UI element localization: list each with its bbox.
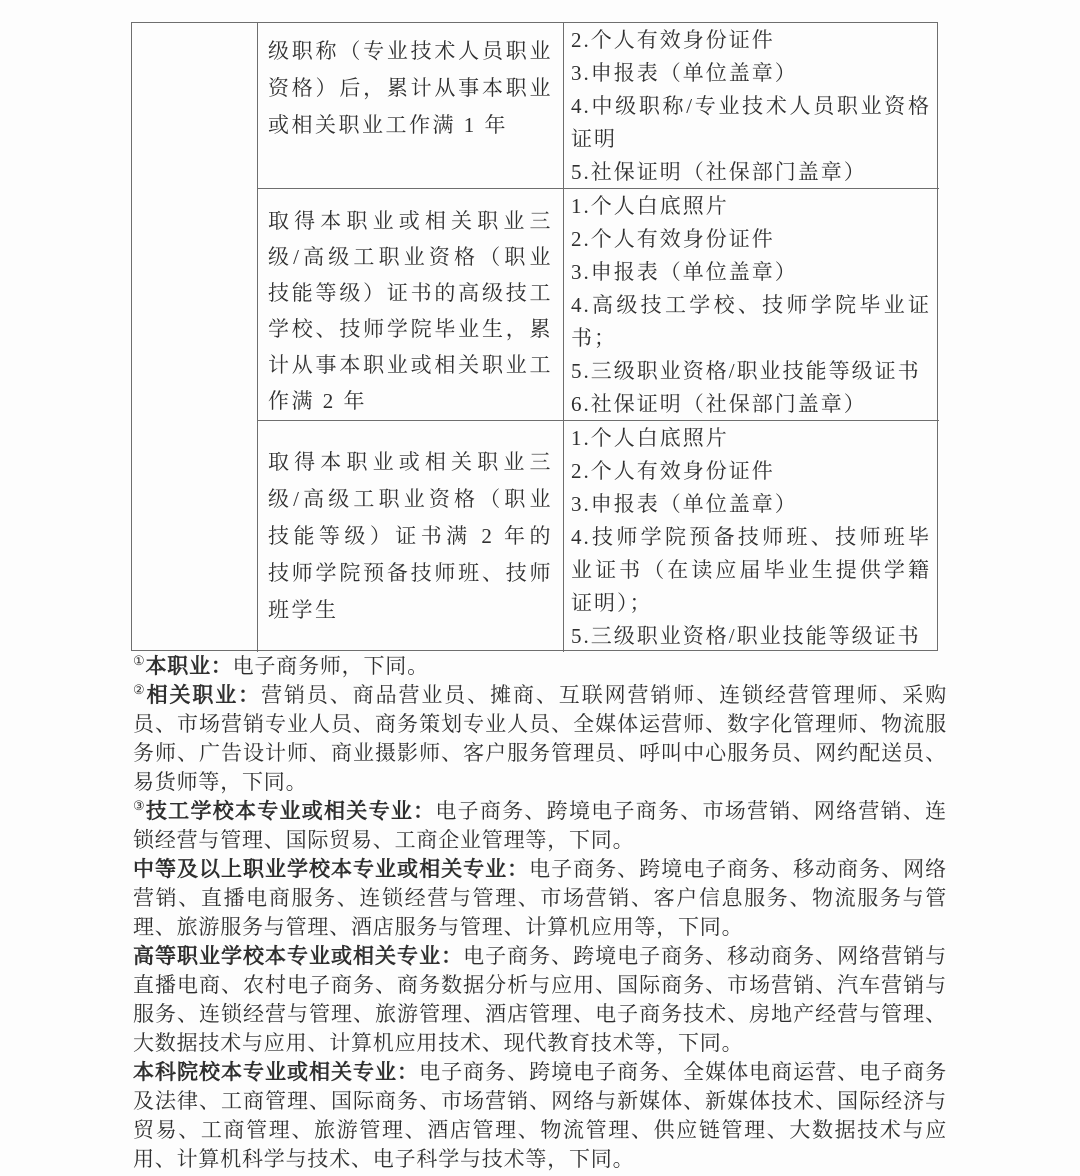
material-list-item: 4.技师学院预备技师班、技师班毕业证书（在读应届毕业生提供学籍证明）； xyxy=(571,521,931,620)
footnote-higher-vocational-majors: 高等职业学校本专业或相关专业：电子商务、跨境电子商务、移动商务、网络营销与直播电… xyxy=(133,942,947,1058)
footnote-label: 相关职业： xyxy=(147,683,262,707)
qualification-requirements-table: 级职称（专业技术人员职业资格）后，累计从事本职业或相关职业工作满 1 年 2.个… xyxy=(131,22,938,651)
footnote-label: 高等职业学校本专业或相关专业： xyxy=(133,944,463,968)
table-cell-requirement-row2: 取得本职业或相关职业三级/高级工职业资格（职业技能等级）证书的高级技工学校、技师… xyxy=(258,189,564,421)
footnote-label: 本职业： xyxy=(145,654,232,678)
footnote-label: 本科院校本专业或相关专业： xyxy=(133,1060,419,1084)
table-cell-level-spanning xyxy=(132,23,258,652)
footnote-secondary-vocational-majors: 中等及以上职业学校本专业或相关专业：电子商务、跨境电子商务、移动商务、网络营销、… xyxy=(133,855,947,942)
footnote-marker-2: ② xyxy=(133,682,147,697)
table-cell-requirement-row1: 级职称（专业技术人员职业资格）后，累计从事本职业或相关职业工作满 1 年 xyxy=(258,23,564,189)
table-cell-materials-row2: 1.个人白底照片2.个人有效身份证件3.申报表（单位盖章）4.高级技工学校、技师… xyxy=(564,189,939,421)
material-list-item: 3.申报表（单位盖章） xyxy=(571,488,931,521)
material-list-item: 4.中级职称/专业技术人员职业资格证明 xyxy=(571,90,931,156)
table-cell-materials-row3: 1.个人白底照片2.个人有效身份证件3.申报表（单位盖章）4.技师学院预备技师班… xyxy=(564,421,939,652)
footnote-label: 技工学校本专业或相关专业： xyxy=(146,799,435,823)
table-cell-requirement-row3: 取得本职业或相关职业三级/高级工职业资格（职业技能等级）证书满 2 年的技师学院… xyxy=(258,421,564,652)
material-list-item: 6.社保证明（社保部门盖章） xyxy=(571,388,931,421)
material-list-item: 5.三级职业资格/职业技能等级证书 xyxy=(571,620,931,652)
material-list-item: 5.三级职业资格/职业技能等级证书 xyxy=(571,355,931,388)
material-list-item: 1.个人白底照片 xyxy=(571,190,931,223)
footnote-text: 电子商务师，下同。 xyxy=(233,654,429,678)
table-cell-materials-row1: 2.个人有效身份证件3.申报表（单位盖章）4.中级职称/专业技术人员职业资格证明… xyxy=(564,23,939,189)
material-list-item: 2.个人有效身份证件 xyxy=(571,455,931,488)
footnotes-section: ①本职业：电子商务师，下同。 ②相关职业：营销员、商品营业员、摊商、互联网营销师… xyxy=(133,652,947,1174)
material-list-item: 2.个人有效身份证件 xyxy=(571,223,931,256)
footnote-this-occupation: ①本职业：电子商务师，下同。 xyxy=(133,652,947,681)
material-list-item: 2.个人有效身份证件 xyxy=(571,24,931,57)
footnote-technical-school-majors: ③技工学校本专业或相关专业：电子商务、跨境电子商务、市场营销、网络营销、连锁经营… xyxy=(133,797,947,855)
material-list-item: 4.高级技工学校、技师学院毕业证书； xyxy=(571,289,931,355)
footnote-undergraduate-majors: 本科院校本专业或相关专业：电子商务、跨境电子商务、全媒体电商运营、电子商务及法律… xyxy=(133,1058,947,1174)
material-list-item: 5.社保证明（社保部门盖章） xyxy=(571,156,931,189)
material-list-item: 1.个人白底照片 xyxy=(571,422,931,455)
footnote-marker-1: ① xyxy=(133,653,145,668)
material-list-item: 3.申报表（单位盖章） xyxy=(571,256,931,289)
material-list-item: 3.申报表（单位盖章） xyxy=(571,57,931,90)
footnote-label: 中等及以上职业学校本专业或相关专业： xyxy=(133,857,529,881)
footnote-marker-3: ③ xyxy=(133,798,146,813)
footnote-related-occupations: ②相关职业：营销员、商品营业员、摊商、互联网营销师、连锁经营管理师、采购员、市场… xyxy=(133,681,947,797)
